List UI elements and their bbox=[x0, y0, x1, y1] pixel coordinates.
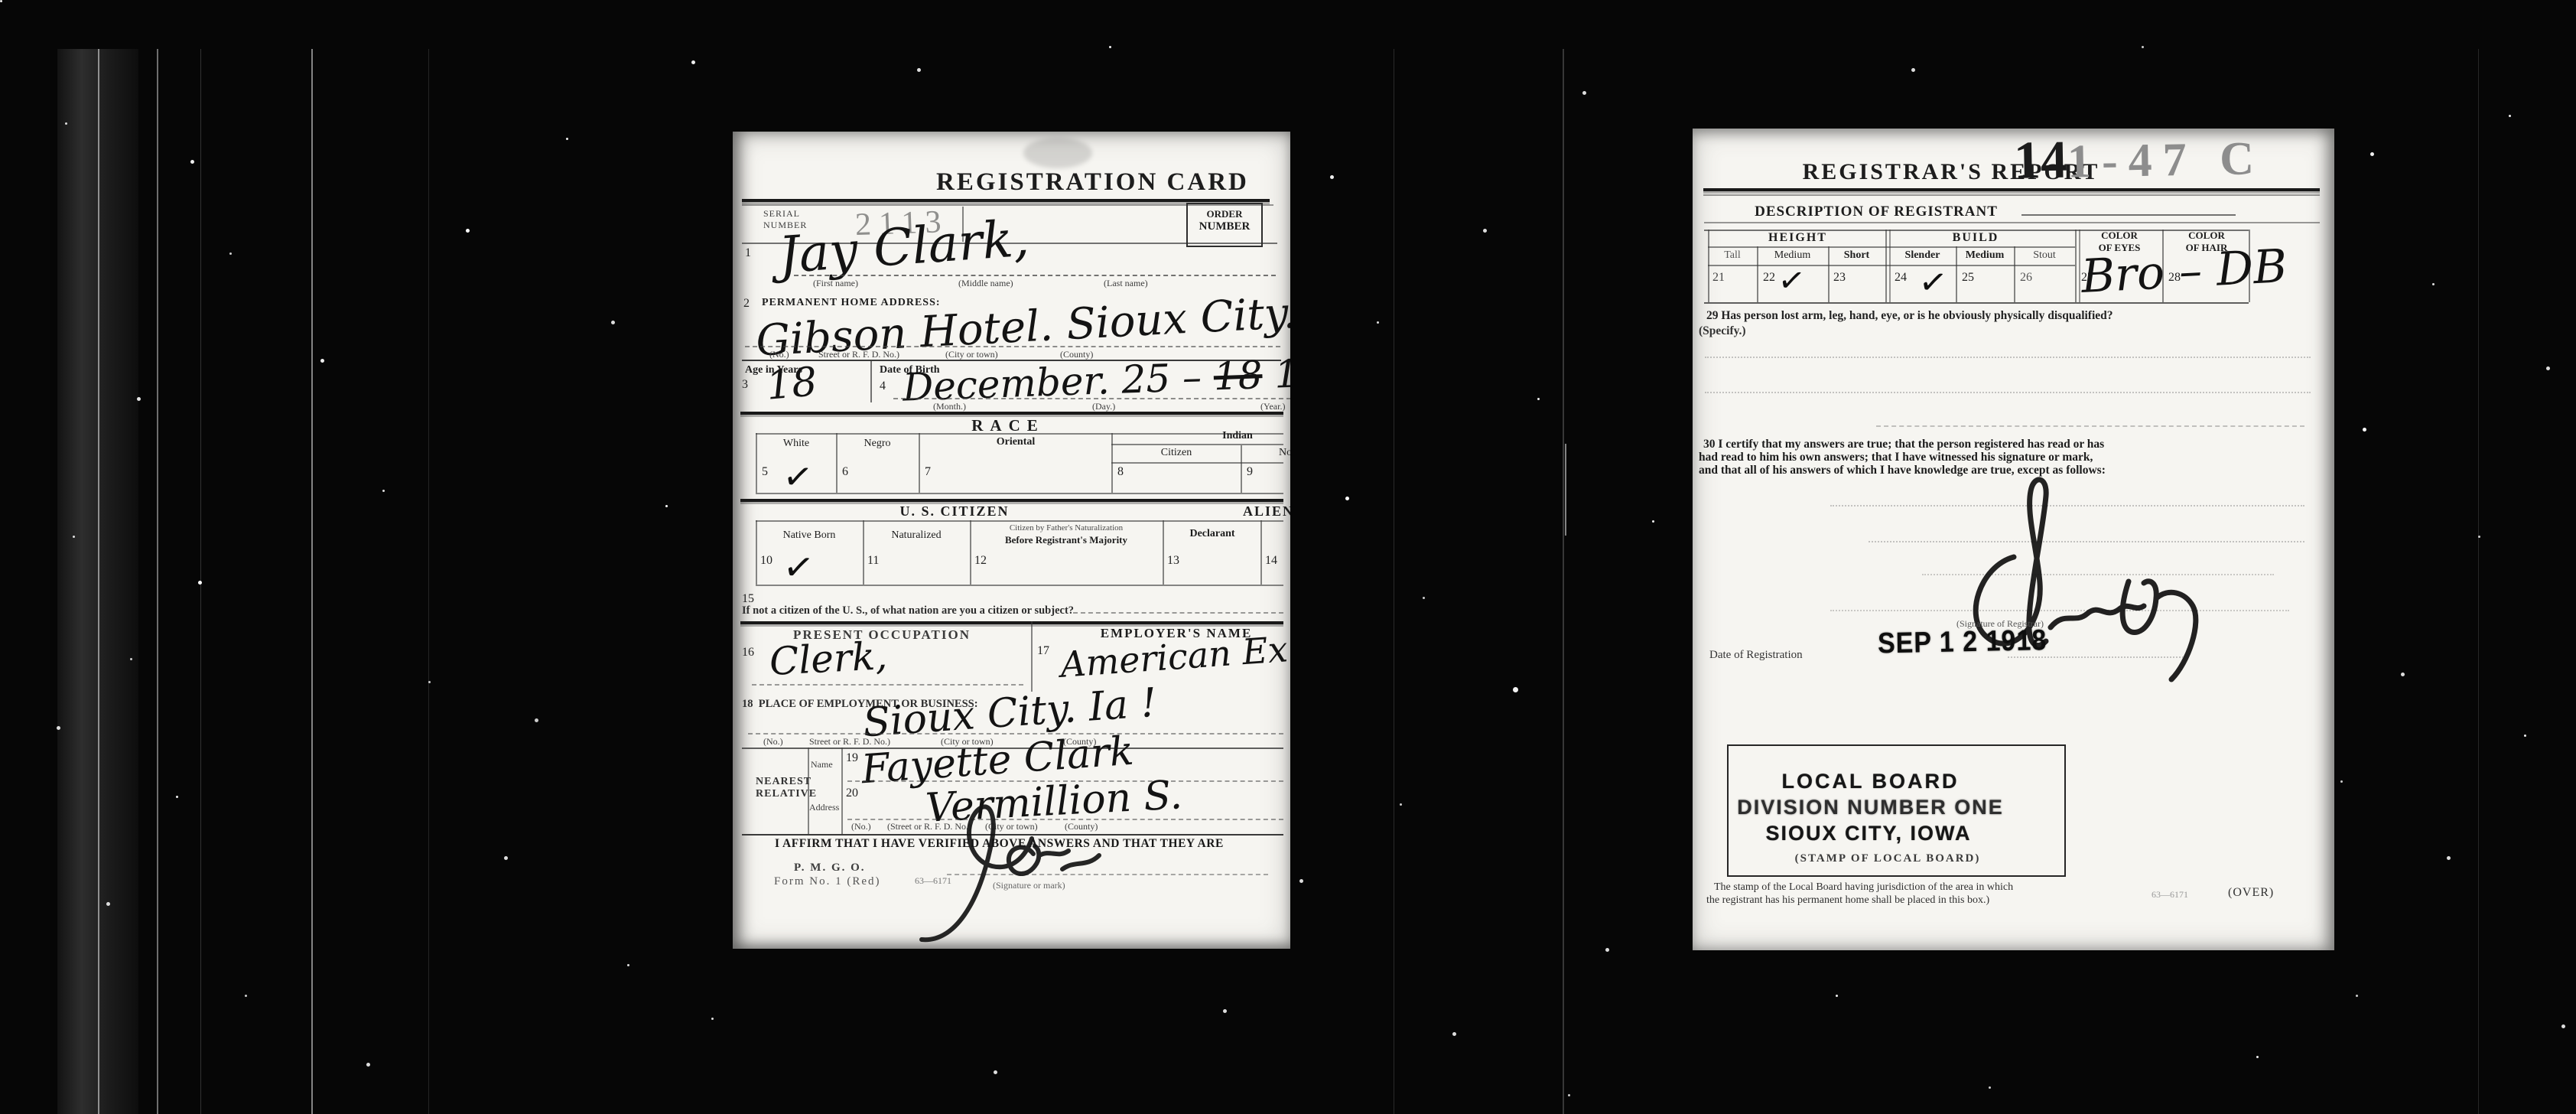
race-oriental-label: Oriental bbox=[955, 436, 1077, 448]
serial-stamp-light: 1-47 C bbox=[2067, 132, 2265, 187]
board-stamp-caption: (STAMP OF LOCAL BOARD) bbox=[1773, 852, 2002, 865]
num-26: 26 bbox=[2020, 271, 2032, 285]
short-label: Short bbox=[1828, 249, 1885, 262]
relative-name-label: Name bbox=[811, 759, 833, 770]
q2-number: 2 bbox=[743, 297, 750, 311]
medium-build-label: Medium bbox=[1956, 249, 2014, 262]
over-label: (OVER) bbox=[2228, 886, 2274, 900]
age-value: 18 bbox=[765, 359, 819, 409]
registrars-report-card: REGISTRAR'S REPORT 141-47 C DESCRIPTION … bbox=[1693, 129, 2334, 950]
dob-year: 19 bbox=[1273, 350, 1290, 396]
q18-number: 18 bbox=[742, 698, 753, 710]
q20-number: 20 bbox=[846, 787, 858, 800]
citizen-11: 11 bbox=[867, 554, 879, 568]
num-25: 25 bbox=[1962, 271, 1974, 285]
slender-label: Slender bbox=[1889, 249, 1956, 262]
report-print-code: 63—6171 bbox=[2152, 889, 2188, 901]
film-scratch bbox=[1394, 49, 1394, 1114]
citizen-12: 12 bbox=[974, 554, 987, 568]
board-note-line2: the registrant has his permanent home sh… bbox=[1706, 894, 1989, 907]
eyes-hair-value: Bro – DB bbox=[2080, 239, 2288, 304]
registration-card: REGISTRATION CARD SERIAL NUMBER 2113 ORD… bbox=[733, 132, 1290, 949]
film-scratch bbox=[1563, 49, 1564, 1114]
hint-last-name: (Last name) bbox=[1104, 278, 1148, 289]
hint-month: (Month.) bbox=[933, 401, 966, 412]
relative-hint-no: (No.) bbox=[851, 821, 871, 832]
hair-header-line1: COLOR bbox=[2167, 230, 2246, 242]
hint-no: (No.) bbox=[769, 349, 789, 360]
race-9: 9 bbox=[1247, 465, 1253, 479]
board-stamp-line1: LOCAL BOARD bbox=[1750, 770, 1991, 793]
relative-address-label: Address bbox=[809, 802, 839, 813]
race-indian-noncitizen-label: Noncitizen bbox=[1279, 447, 1290, 459]
citizen-14: 14 bbox=[1265, 554, 1277, 568]
num-21: 21 bbox=[1712, 271, 1725, 285]
card-title: REGISTRATION CARD bbox=[936, 168, 1204, 197]
q15-text: If not a citizen of the U. S., of what n… bbox=[742, 604, 1074, 617]
board-stamp-line3: SIOUX CITY, IOWA bbox=[1742, 822, 1995, 845]
registrant-name-value: Jay Clark, bbox=[777, 209, 1031, 285]
order-label-line2: NUMBER bbox=[1188, 220, 1261, 233]
race-negro-label: Negro bbox=[844, 438, 911, 450]
serial-stamp: 141-47 C bbox=[2013, 129, 2265, 192]
race-indian-citizen-label: Citizen bbox=[1138, 447, 1215, 459]
race-indian-label: Indian bbox=[1192, 430, 1283, 442]
eyes-header-line1: COLOR bbox=[2079, 230, 2160, 242]
citizen-naturalized-label: Naturalized bbox=[870, 529, 962, 542]
q29-specify: (Specify.) bbox=[1699, 324, 1746, 338]
q29-text: 29 Has person lost arm, leg, hand, eye, … bbox=[1706, 309, 2113, 323]
q2-label: PERMANENT HOME ADDRESS: bbox=[762, 297, 941, 309]
race-7: 7 bbox=[925, 465, 931, 479]
tall-label: Tall bbox=[1708, 249, 1757, 262]
q18-hint-no: (No.) bbox=[763, 736, 783, 748]
stout-label: Stout bbox=[2014, 249, 2075, 262]
us-citizen-title: U. S. CITIZEN bbox=[840, 503, 1069, 520]
serial-label-line1: SERIAL bbox=[763, 208, 807, 220]
ink-smudge bbox=[1023, 138, 1092, 168]
registrant-signature bbox=[905, 783, 1111, 947]
race-8: 8 bbox=[1117, 465, 1124, 479]
build-slender-checkmark: ✓ bbox=[1917, 262, 1950, 305]
film-scratch bbox=[2478, 49, 2479, 1114]
q30-line2: had read to him his own answers; that I … bbox=[1699, 451, 2093, 464]
dust-specks bbox=[0, 0, 2, 2]
height-header: HEIGHT bbox=[1723, 231, 1872, 245]
race-5: 5 bbox=[762, 465, 768, 479]
film-scratch bbox=[311, 49, 313, 1114]
description-title: DESCRIPTION OF REGISTRANT bbox=[1738, 204, 2014, 220]
citizen-father-label-line1: Citizen by Father's Naturalization bbox=[974, 523, 1158, 533]
pmgo-label: P. M. G. O. bbox=[794, 862, 866, 875]
date-of-registration-label: Date of Registration bbox=[1709, 649, 1803, 662]
board-note-line1: The stamp of the Local Board having juri… bbox=[1714, 881, 2013, 894]
race-white-label: White bbox=[763, 438, 829, 450]
order-number-box: ORDER NUMBER bbox=[1186, 203, 1263, 247]
q16-number: 16 bbox=[742, 646, 754, 660]
q30-line1: 30 I certify that my answers are true; t… bbox=[1703, 438, 2104, 451]
film-scratch bbox=[1565, 444, 1566, 536]
num-24: 24 bbox=[1895, 271, 1907, 285]
num-23: 23 bbox=[1833, 271, 1846, 285]
film-scratch bbox=[200, 49, 201, 1114]
citizen-native-label: Native Born bbox=[763, 529, 855, 542]
q17-number: 17 bbox=[1037, 644, 1049, 658]
film-scratch bbox=[428, 49, 429, 1114]
age-number: 3 bbox=[742, 378, 748, 392]
num-22: 22 bbox=[1763, 271, 1775, 285]
registrar-signature bbox=[1936, 467, 2242, 696]
film-scratch bbox=[157, 49, 158, 1114]
occupation-value: Clerk, bbox=[769, 634, 889, 684]
hint-street: Street or R. F. D. No.) bbox=[818, 349, 899, 360]
hint-middle-name: (Middle name) bbox=[958, 278, 1013, 289]
build-header: BUILD bbox=[1907, 231, 2044, 245]
film-scratch bbox=[98, 49, 99, 1114]
height-medium-checkmark: ✓ bbox=[1776, 260, 1808, 301]
hint-day: (Day.) bbox=[1092, 401, 1115, 412]
citizen-13: 13 bbox=[1167, 554, 1179, 568]
hint-first-name: (First name) bbox=[813, 278, 858, 289]
board-stamp-line2: DIVISION NUMBER ONE bbox=[1735, 796, 2006, 819]
dob-struck-year: 18 bbox=[1213, 353, 1264, 399]
date-stamp: SEP 1 2 1918 bbox=[1878, 624, 2047, 661]
serial-stamp-bold: 14 bbox=[2013, 131, 2067, 191]
hint-year: (Year.) bbox=[1260, 401, 1285, 412]
citizen-10: 10 bbox=[760, 554, 772, 568]
alien-title: ALIEN bbox=[1243, 503, 1290, 520]
form-number-label: Form No. 1 (Red) bbox=[774, 875, 881, 888]
citizen-father-label-line2: Before Registrant's Majority bbox=[974, 534, 1158, 546]
race-6: 6 bbox=[842, 465, 848, 479]
dob-number: 4 bbox=[880, 379, 886, 393]
citizen-declarant-label: Declarant bbox=[1169, 528, 1256, 540]
q1-number: 1 bbox=[745, 246, 751, 260]
q19-number: 19 bbox=[846, 751, 858, 765]
order-label-line1: ORDER bbox=[1188, 208, 1261, 220]
hint-city: (City or town) bbox=[945, 349, 998, 360]
medium-height-label: Medium bbox=[1757, 249, 1828, 262]
microfilm-scan: REGISTRATION CARD SERIAL NUMBER 2113 ORD… bbox=[0, 0, 2576, 1114]
